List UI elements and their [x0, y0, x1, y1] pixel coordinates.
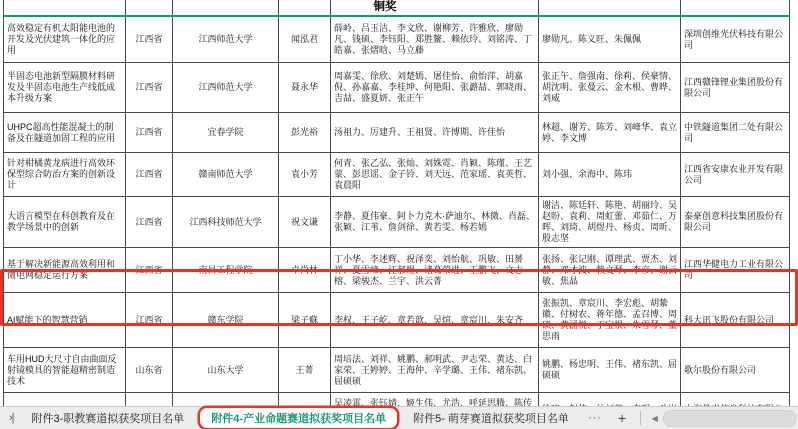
cell-advisors[interactable]: 张扬、张记刚、谭理武、贾杰、刘静、邓才波、赖文琴、李彦、谢云敏、焦晶: [539, 248, 681, 293]
cell-school[interactable]: 宜春学院: [173, 113, 279, 153]
table-row: UHPC超高性能混凝土的制备及在隧道加固工程的应用 江西省 宜春学院 彭光裕 汤…: [4, 113, 790, 153]
cell-advisors[interactable]: 廖勋凡、陈义旺、朱佩佩: [539, 16, 681, 63]
cell-company[interactable]: 中铁隧道集团二处有限公司: [681, 113, 790, 153]
table-row: 车用HUD大尺寸自由曲面反射镜模具的智能超精密制造技术 山东省 山东大学 王菁 …: [4, 348, 790, 393]
cell-company[interactable]: 科大讯飞股份有限公司: [681, 293, 790, 348]
table-row: 大语言模型在科创教育及在教学场景中的创新 江西省 江西科技师范大学 祝文谦 李静…: [4, 197, 790, 248]
cell-company[interactable]: 江西省安康农业开发有限公司: [681, 153, 790, 197]
sheet-tab-label: 附件5- 萌芽赛道拟获奖项目名单: [413, 410, 569, 426]
cell-advisors[interactable]: 林超、谢芳、陈芳、刘峰华、袁立婷、李文博: [539, 113, 681, 153]
section-title: 铜奖: [0, 0, 770, 14]
sheet-tab-bar: ›| 附件3-职教赛道拟获奖项目名单 附件4-产业命题赛道拟获奖项目名单 附件5…: [0, 406, 798, 429]
scroll-left-icon[interactable]: ◀: [647, 414, 663, 423]
cell-project[interactable]: AI赋能下的智慧营销: [4, 293, 126, 348]
cell-leader[interactable]: 卓尚林: [279, 248, 331, 293]
cell-company[interactable]: 歌尔股份有限公司: [681, 348, 790, 393]
cell-school[interactable]: 南昌工程学院: [173, 248, 279, 293]
sheet-tab-0[interactable]: 附件3-职教赛道拟获奖项目名单: [21, 407, 196, 429]
cell-province[interactable]: 江西省: [126, 113, 173, 153]
cell-project[interactable]: 大语言模型在科创教育及在教学场景中的创新: [4, 197, 126, 248]
cell-members[interactable]: 周培法、刘祥、姚鹏、郝明武、尹志荣、黄达、白家荣、王婷婷、王海仲、辛学璐、王伟、…: [331, 348, 539, 393]
last-sheet-icon[interactable]: ›|: [0, 412, 21, 424]
cell-leader[interactable]: 梁子蘇: [279, 293, 331, 348]
cell-province[interactable]: 山东省: [126, 348, 173, 393]
cell-school[interactable]: 江西师范大学: [173, 63, 279, 113]
cell-advisors[interactable]: 刘小强、余海中、陈玮: [539, 153, 681, 197]
cell-project[interactable]: 针对柑橘黄龙病进行高效环保型综合防治方案的创新设计: [4, 153, 126, 197]
cell-project[interactable]: 高效稳定有机太阳能电池的开发及光伏建筑一体化的应用: [4, 16, 126, 63]
sheet-tab-label: 附件3-职教赛道拟获奖项目名单: [32, 410, 185, 426]
cell-leader[interactable]: 闻泓君: [279, 16, 331, 63]
cell-company[interactable]: 江西赣锋锂业集团股份有限公司: [681, 63, 790, 113]
cell-project[interactable]: UHPC超高性能混凝土的制备及在隧道加固工程的应用: [4, 113, 126, 153]
table-row: AI赋能下的智慧营销 江西省 赣东学院 梁子蘇 李权、王子屹、章若歆、吴煊、章宸…: [4, 293, 790, 348]
cell-advisors[interactable]: 张振凯、章宸川、李宏彪、胡絷徽、付树农、蒋年德、孟召博、周硕、黄涵悦、丁宝根、朱…: [539, 293, 681, 348]
cell-advisors[interactable]: 张正午、詹强南、徐莉、侯豪情、胡沈明、张曼云、金木根、曹晔、刘威: [539, 63, 681, 113]
cell-members[interactable]: 薛岭、吕玉洁、李文欣、谢柳芳、许雅欣、廖勋凡、钱硕、李钰阳、郑胜鳌、赖依玲、刘铭…: [331, 16, 539, 63]
sheet-tab-1[interactable]: 附件4-产业命题赛道拟获奖项目名单: [200, 408, 397, 428]
cell-school[interactable]: 江西科技师范大学: [173, 197, 279, 248]
cell-members[interactable]: 汤祖力、厉建升、王祖贤、许博期、许佳怡: [331, 113, 539, 153]
cell-project[interactable]: 半固态电池新型隔膜材料研发及半固态电池生产线低成本升级方案: [4, 63, 126, 113]
cell-advisors[interactable]: 姚鹏、杨忠明、王伟、褚东凯、屈硕硕: [539, 348, 681, 393]
tab-overflow-button[interactable]: ···: [580, 412, 610, 424]
cell-province[interactable]: 江西省: [126, 63, 173, 113]
cell-leader[interactable]: 聂永华: [279, 63, 331, 113]
cell-leader[interactable]: 王菁: [279, 348, 331, 393]
cell-province[interactable]: 江西省: [126, 16, 173, 63]
table-row: 半固态电池新型隔膜材料研发及半固态电池生产线低成本升级方案 江西省 江西师范大学…: [4, 63, 790, 113]
table-row: 基于解决新能源高效利用和微电网稳定运行方案 江西省 南昌工程学院 卓尚林 丁小华…: [4, 248, 790, 293]
cell-leader[interactable]: 彭光裕: [279, 113, 331, 153]
awards-table-body: 高效稳定有机太阳能电池的开发及光伏建筑一体化的应用 江西省 江西师范大学 闻泓君…: [4, 16, 790, 429]
table-row: 针对柑橘黄龙病进行高效环保型综合防治方案的创新设计 江西省 赣南师范大学 袁小芳…: [4, 153, 790, 197]
table-row: 高效稳定有机太阳能电池的开发及光伏建筑一体化的应用 江西省 江西师范大学 闻泓君…: [4, 16, 790, 63]
cell-leader[interactable]: 祝文谦: [279, 197, 331, 248]
cell-project[interactable]: 车用HUD大尺寸自由曲面反射镜模具的智能超精密制造技术: [4, 348, 126, 393]
cell-school[interactable]: 江西师范大学: [173, 16, 279, 63]
spreadsheet-screen: 铜奖 高效稳定有机太阳能电池的开发及光伏建筑一体化的应用 江西省 江西师范大学 …: [0, 0, 798, 429]
cell-company[interactable]: 泰豪创意科技集团股份有限公司: [681, 197, 790, 248]
cell-province[interactable]: 江西省: [126, 153, 173, 197]
cell-school[interactable]: 赣东学院: [173, 293, 279, 348]
sheet-tab-2[interactable]: 附件5- 萌芽赛道拟获奖项目名单: [402, 407, 580, 429]
cell-members[interactable]: 何青、张乙弘、张灿、刘姝霓、肖颖、陈瑾、王艺蒙、彭思谣、金子铃、刘天远、范家瑶、…: [331, 153, 539, 197]
cell-members[interactable]: 丁小华、李述辉、祝泽奕、刘怡航、巩敏、田赟祥、夏雪峰、汪郝煜、诸葛荣进、王鹏飞、…: [331, 248, 539, 293]
cell-company[interactable]: 江西华健电力工业有限公司: [681, 248, 790, 293]
cell-advisors[interactable]: 谢洁、陈廷轩、陈艳、胡丽玲、吴赵盼、袁莉、周虹蕾、邓茹仁、万晖、刘琦、胡煜丹、杨…: [539, 197, 681, 248]
cell-school[interactable]: 赣南师范大学: [173, 153, 279, 197]
cell-school[interactable]: 山东大学: [173, 348, 279, 393]
cell-members[interactable]: 李静、夏伟豪、阿卜力克木·萨迪尔、林微、肖磊、张颖、江苇、詹剑徐、黄若雯、杨若嫣: [331, 197, 539, 248]
cell-members[interactable]: 周嘉雯、徐欣、刘楚嫣、屠佳怡、俞怡萍、胡嘉倪、孙嘉嘉、李桂坤、何艳阳、张潞喆、郭…: [331, 63, 539, 113]
cell-members[interactable]: 李权、王子屹、章若歆、吴煊、章宸川、朱安齐: [331, 293, 539, 348]
horizontal-scrollbar-thumb[interactable]: [663, 410, 796, 427]
awards-table: 高效稳定有机太阳能电池的开发及光伏建筑一体化的应用 江西省 江西师范大学 闻泓君…: [3, 0, 790, 429]
cell-company[interactable]: 深圳创维光伏科技有限公司: [681, 16, 790, 63]
cell-project[interactable]: 基于解决新能源高效利用和微电网稳定运行方案: [4, 248, 126, 293]
cell-province[interactable]: 江西省: [126, 197, 173, 248]
cell-province[interactable]: 江西省: [126, 248, 173, 293]
sheet-tabs: 附件3-职教赛道拟获奖项目名单 附件4-产业命题赛道拟获奖项目名单 附件5- 萌…: [21, 407, 580, 429]
cell-leader[interactable]: 袁小芳: [279, 153, 331, 197]
add-sheet-button[interactable]: +: [610, 410, 634, 426]
cell-province[interactable]: 江西省: [126, 293, 173, 348]
sheet-tab-label: 附件4-产业命题赛道拟获奖项目名单: [211, 410, 386, 426]
